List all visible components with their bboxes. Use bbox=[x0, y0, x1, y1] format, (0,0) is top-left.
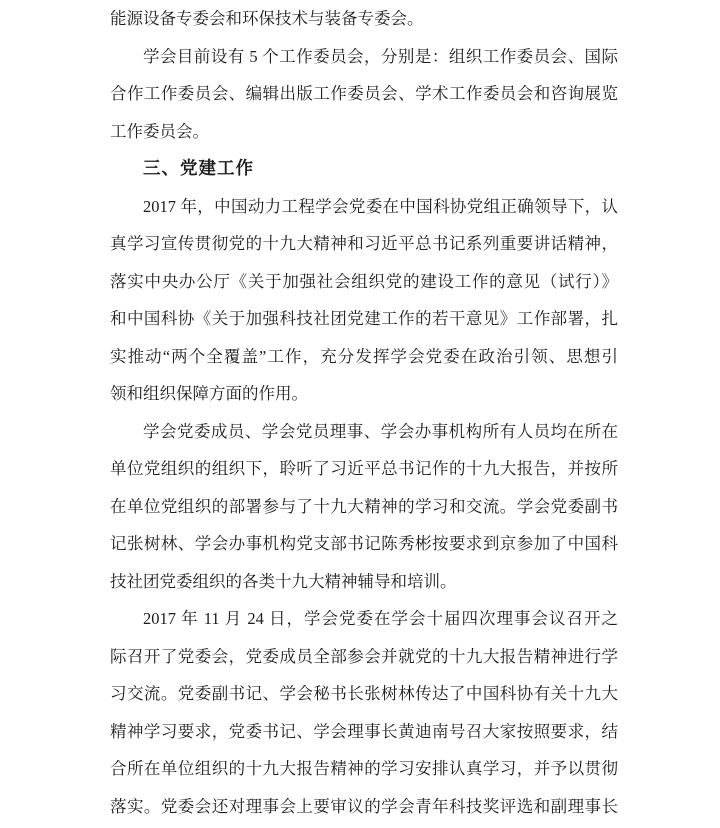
text-line: 习交流。党委副书记、学会秘书长张树林传达了中国科协有关十九大 bbox=[110, 675, 618, 713]
text-line: 际召开了党委会，党委成员全部参会并就党的十九大报告精神进行学 bbox=[110, 638, 618, 676]
paragraph-committee-meeting: 2017 年 11 月 24 日，学会党委在学会十届四次理事会议召开之 际召开了… bbox=[110, 600, 618, 825]
text-line: 落实中央办公厅《关于加强社会组织党的建设工作的意见（试行）》 bbox=[110, 263, 618, 301]
text-line: 学会党委成员、学会党员理事、学会办事机构所有人员均在所在 bbox=[110, 413, 618, 451]
paragraph-members-study: 学会党委成员、学会党员理事、学会办事机构所有人员均在所在 单位党组织的组织下，聆… bbox=[110, 413, 618, 601]
page-text-content: 能源设备专委会和环保技术与装备专委会。 学会目前设有 5 个工作委员会，分别是：… bbox=[110, 0, 618, 825]
text-line: 2017 年，中国动力工程学会党委在中国科协党组正确领导下，认 bbox=[110, 188, 618, 226]
text-line: 2017 年 11 月 24 日，学会党委在学会十届四次理事会议召开之 bbox=[110, 600, 618, 638]
text-line: 能源设备专委会和环保技术与装备专委会。 bbox=[110, 0, 618, 38]
text-line: 在单位党组织的部署参与了十九大精神的学习和交流。学会党委副书 bbox=[110, 488, 618, 526]
text-line: 技社团党委组织的各类十九大精神辅导和培训。 bbox=[110, 563, 618, 601]
paragraph-committees-tail: 能源设备专委会和环保技术与装备专委会。 bbox=[110, 0, 618, 38]
text-line: 学会目前设有 5 个工作委员会，分别是：组织工作委员会、国际 bbox=[110, 38, 618, 76]
document-page: 能源设备专委会和环保技术与装备专委会。 学会目前设有 5 个工作委员会，分别是：… bbox=[0, 0, 720, 828]
text-line: 单位党组织的组织下，聆听了习近平总书记作的十九大报告，并按所 bbox=[110, 450, 618, 488]
section-heading: 三、党建工作 bbox=[110, 150, 618, 188]
text-line: 真学习宣传贯彻党的十九大精神和习近平总书记系列重要讲话精神， bbox=[110, 225, 618, 263]
text-line: 合所在单位组织的十九大报告精神的学习安排认真学习，并予以贯彻 bbox=[110, 750, 618, 788]
text-line: 工作委员会。 bbox=[110, 113, 618, 151]
text-line: 实推动“两个全覆盖”工作，充分发挥学会党委在政治引领、思想引 bbox=[110, 338, 618, 376]
text-line: 领和组织保障方面的作用。 bbox=[110, 375, 618, 413]
text-line: 和中国科协《关于加强科技社团党建工作的若干意见》工作部署，扎 bbox=[110, 300, 618, 338]
text-line: 落实。党委会还对理事会上要审议的学会青年科技奖评选和副理事长 bbox=[110, 788, 618, 826]
paragraph-party-committee-leadership: 2017 年，中国动力工程学会党委在中国科协党组正确领导下，认 真学习宣传贯彻党… bbox=[110, 188, 618, 413]
text-line: 精神学习要求，党委书记、学会理事长黄迪南号召大家按照要求，结 bbox=[110, 713, 618, 751]
paragraph-working-committees: 学会目前设有 5 个工作委员会，分别是：组织工作委员会、国际 合作工作委员会、编… bbox=[110, 38, 618, 151]
text-line: 记张树林、学会办事机构党支部书记陈秀彬按要求到京参加了中国科 bbox=[110, 525, 618, 563]
text-line: 合作工作委员会、编辑出版工作委员会、学术工作委员会和咨询展览 bbox=[110, 75, 618, 113]
section-heading-party-building: 三、党建工作 bbox=[110, 150, 618, 188]
